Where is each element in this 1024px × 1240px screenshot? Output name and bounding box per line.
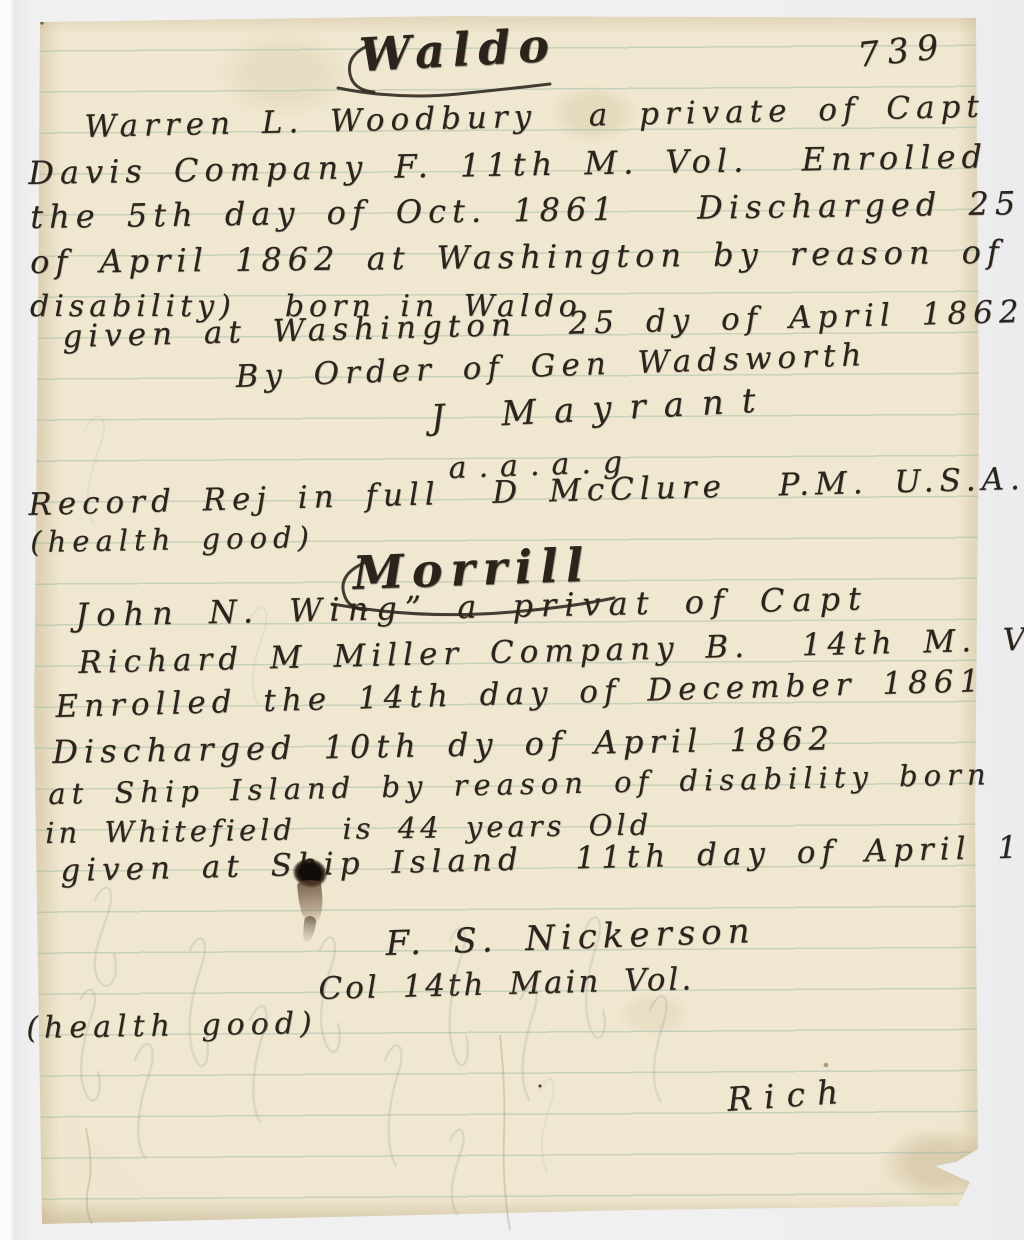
manuscript-scan: 739 Waldo Warren L. Woodbury a private o… [0,0,1024,1240]
entry-waldo-health-note: (health good) [30,522,315,559]
entry-waldo-heading: Waldo [358,20,558,81]
entry-morrill-health-note: (health good) [26,1007,318,1045]
clerk-initials: Rich [726,1073,851,1118]
